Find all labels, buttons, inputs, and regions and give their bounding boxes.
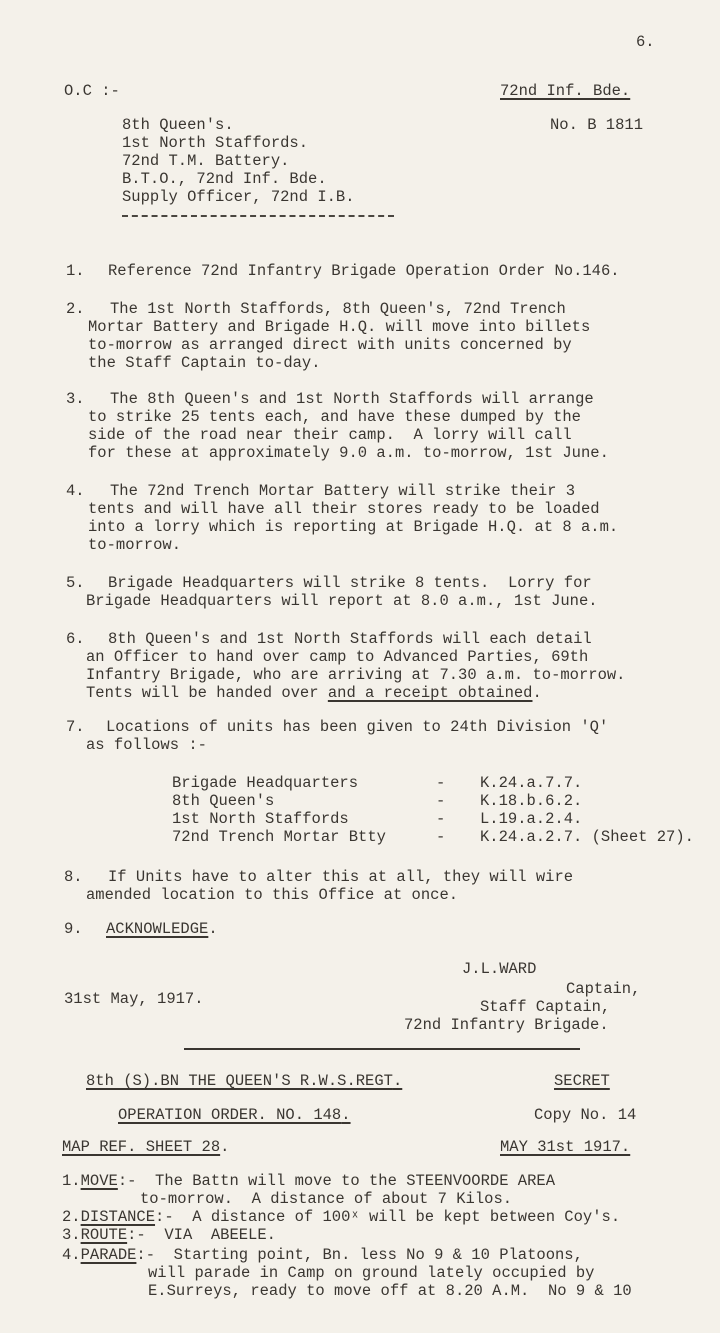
paragraph-line: The 1st North Staffords, 8th Queen's, 72… [110, 300, 566, 318]
memo-date: 31st May, 1917. [64, 990, 204, 1008]
location-dash: - [436, 828, 445, 846]
paragraph-line: The 72nd Trench Mortar Battery will stri… [110, 482, 575, 500]
underlined-phrase: and a receipt obtained [328, 684, 533, 702]
secret-marking: SECRET [554, 1072, 610, 1090]
paragraph-line: tents and will have all their stores rea… [88, 500, 600, 518]
location-ref: K.24.a.2.7. (Sheet 27). [480, 828, 694, 846]
order-item-line: to-morrow. A distance of about 7 Kilos. [140, 1190, 512, 1208]
order-item: 3.ROUTE:- VIA ABEELE. [62, 1226, 276, 1244]
page-number: 6. [636, 33, 655, 51]
location-ref: K.24.a.7.7. [480, 774, 582, 792]
order-item-line: will parade in Camp on ground lately occ… [148, 1264, 594, 1282]
order-title: OPERATION ORDER. NO. 148. [118, 1106, 351, 1124]
order-item: 1.MOVE:- The Battn will move to the STEE… [62, 1172, 555, 1190]
location-dash: - [436, 810, 445, 828]
paragraph-number: 8. [64, 868, 83, 886]
recipient: 1st North Staffords. [122, 134, 308, 152]
paragraph-line: Locations of units has been given to 24t… [106, 718, 608, 736]
paragraph-line: side of the road near their camp. A lorr… [88, 426, 572, 444]
recipient: Supply Officer, 72nd I.B. [122, 188, 355, 206]
paragraph-line: 8th Queen's and 1st North Staffords will… [108, 630, 592, 648]
paragraph-line: as follows :- [86, 736, 207, 754]
location-dash: - [436, 792, 445, 810]
location-unit: 1st North Staffords [172, 810, 349, 828]
acknowledge: ACKNOWLEDGE. [106, 920, 218, 938]
section-divider [184, 1048, 580, 1050]
paragraph-line: Tents will be handed over and a receipt … [86, 684, 542, 702]
paragraph-line: If Units have to alter this at all, they… [108, 868, 573, 886]
paragraph-line: an Officer to hand over camp to Advanced… [86, 648, 588, 666]
paragraph-line: Mortar Battery and Brigade H.Q. will mov… [88, 318, 590, 336]
paragraph-line: to strike 25 tents each, and have these … [88, 408, 581, 426]
dashed-divider [122, 215, 394, 217]
location-unit: Brigade Headquarters [172, 774, 358, 792]
location-unit: 8th Queen's [172, 792, 274, 810]
location-dash: - [436, 774, 445, 792]
order-unit-heading: 8th (S).BN THE QUEEN'S R.W.S.REGT. [86, 1072, 402, 1090]
paragraph-line: Infantry Brigade, who are arriving at 7.… [86, 666, 626, 684]
from-unit: 72nd Inf. Bde. [500, 82, 630, 100]
signature-unit: 72nd Infantry Brigade. [404, 1016, 609, 1034]
order-item: 2.DISTANCE:- A distance of 100ˣ will be … [62, 1208, 620, 1226]
recipient: 8th Queen's. [122, 116, 234, 134]
paragraph-number: 6. [66, 630, 85, 648]
location-ref: L.19.a.2.4. [480, 810, 582, 828]
signature-title: Staff Captain, [480, 998, 610, 1016]
order-item: 4.PARADE:- Starting point, Bn. less No 9… [62, 1246, 583, 1264]
paragraph-number: 4. [66, 482, 85, 500]
paragraph-number: 7. [66, 718, 85, 736]
paragraph-line: for these at approximately 9.0 a.m. to-m… [88, 444, 609, 462]
to-label: O.C :- [64, 82, 120, 100]
paragraph-line: Brigade Headquarters will report at 8.0 … [86, 592, 598, 610]
paragraph-line: to-morrow. [88, 536, 181, 554]
paragraph-line: the Staff Captain to-day. [88, 354, 321, 372]
paragraph-number: 2. [66, 300, 85, 318]
location-unit: 72nd Trench Mortar Btty [172, 828, 386, 846]
paragraph-line: The 8th Queen's and 1st North Staffords … [110, 390, 594, 408]
order-date: MAY 31st 1917. [500, 1138, 630, 1156]
paragraph-number: 3. [66, 390, 85, 408]
recipient: 72nd T.M. Battery. [122, 152, 289, 170]
paragraph-line: Reference 72nd Infantry Brigade Operatio… [108, 262, 620, 280]
paragraph-number: 9. [64, 920, 83, 938]
reference-number: No. B 1811 [550, 116, 643, 134]
paragraph-number: 5. [66, 574, 85, 592]
paragraph-line: into a lorry which is reporting at Briga… [88, 518, 618, 536]
map-reference: MAP REF. SHEET 28. [62, 1138, 229, 1156]
paragraph-line: amended location to this Office at once. [86, 886, 458, 904]
paragraph-line: Brigade Headquarters will strike 8 tents… [108, 574, 592, 592]
recipient: B.T.O., 72nd Inf. Bde. [122, 170, 327, 188]
paragraph-number: 1. [66, 262, 85, 280]
copy-number: Copy No. 14 [534, 1106, 636, 1124]
location-ref: K.18.b.6.2. [480, 792, 582, 810]
paragraph-line: to-morrow as arranged direct with units … [88, 336, 572, 354]
signature-name: J.L.WARD [462, 960, 536, 978]
signature-rank: Captain, [566, 980, 640, 998]
order-item-line: E.Surreys, ready to move off at 8.20 A.M… [148, 1282, 632, 1300]
